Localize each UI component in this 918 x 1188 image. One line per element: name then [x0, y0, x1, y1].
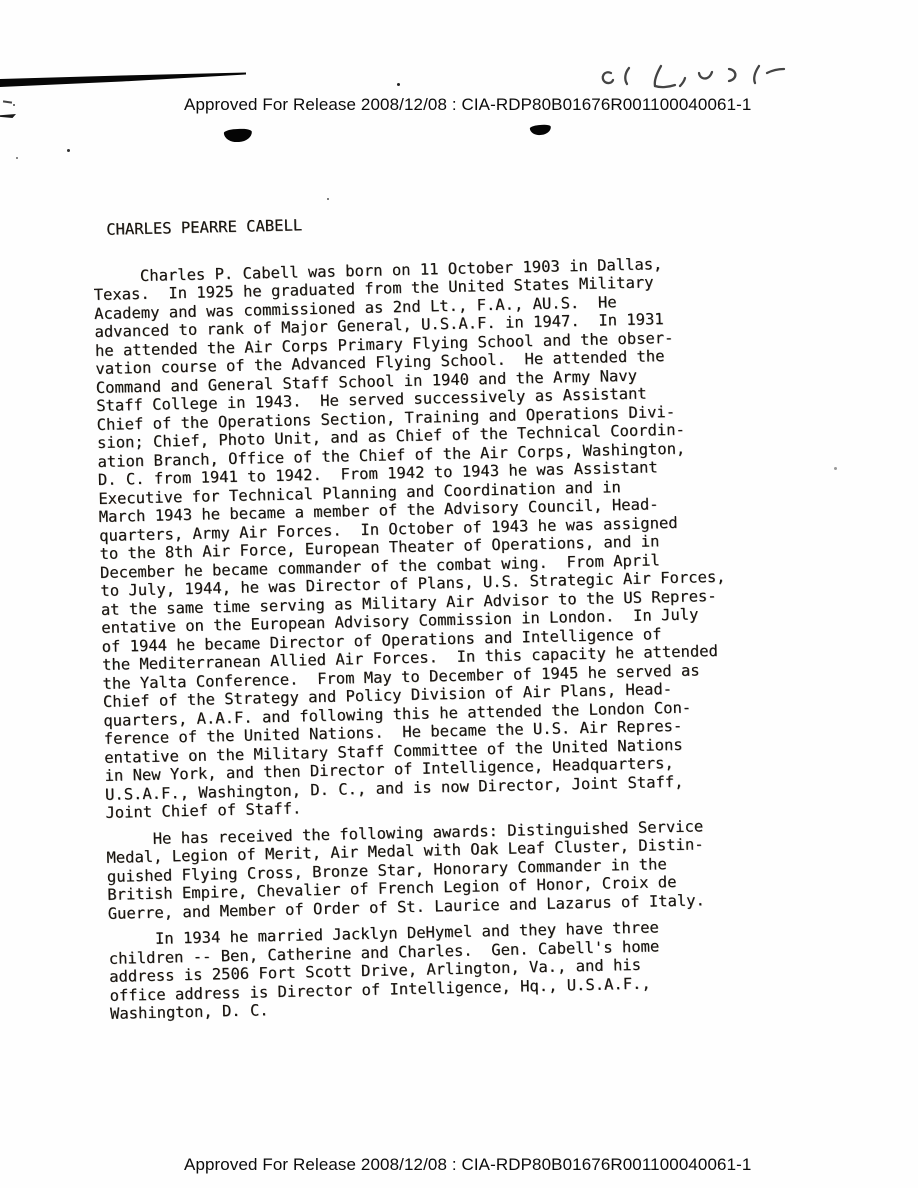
speck-artifact [834, 467, 837, 470]
crescent-scan-artifact [224, 128, 253, 142]
typed-document-block: CHARLES PEARRE CABELL Charles P. Cabell … [92, 195, 810, 1023]
typed-paragraph: In 1934 he married Jacklyn DeHymel and t… [108, 915, 810, 1023]
scanned-document-page: Approved For Release 2008/12/08 : CIA-RD… [0, 0, 918, 1188]
approved-for-release-header: Approved For Release 2008/12/08 : CIA-RD… [184, 95, 751, 115]
scan-streak-artifact [0, 68, 250, 92]
document-title: CHARLES PEARRE CABELL [106, 205, 792, 239]
margin-mark [13, 104, 15, 106]
speck-artifact [67, 149, 70, 152]
speck-artifact [397, 83, 400, 86]
margin-mark [3, 100, 12, 103]
crescent-scan-artifact [530, 124, 552, 136]
handwritten-annotation [596, 60, 786, 92]
speck-artifact [16, 157, 18, 159]
speck-artifact [327, 198, 329, 200]
approved-for-release-footer: Approved For Release 2008/12/08 : CIA-RD… [184, 1155, 751, 1175]
document-paragraphs: Charles P. Cabell was born on 11 October… [93, 252, 810, 1024]
margin-mark [0, 114, 16, 118]
typed-paragraph: He has received the following awards: Di… [106, 814, 808, 922]
typed-paragraph: Charles P. Cabell was born on 11 October… [93, 252, 805, 823]
